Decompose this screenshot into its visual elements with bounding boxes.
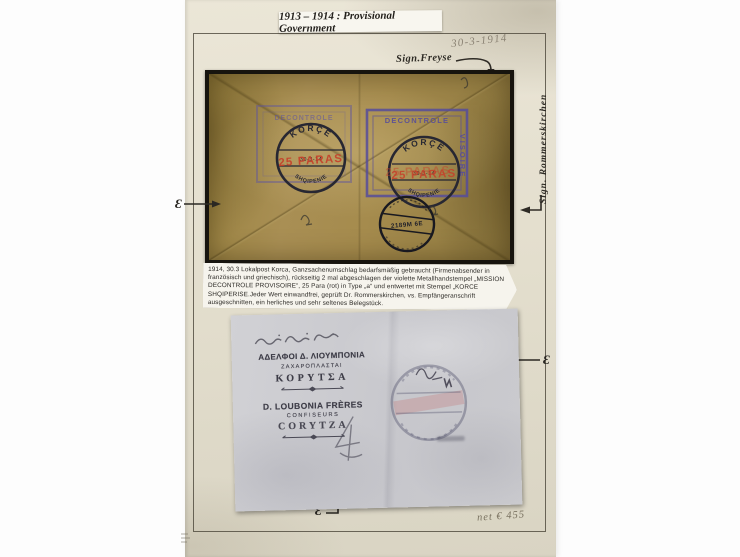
epsilon-mark: Ɛ: [175, 198, 182, 210]
epsilon-mark: Ɛ: [543, 354, 550, 366]
envelope-back: DECONTROLE KORÇË SHQIPENIE 30-3-14 25 PA…: [209, 74, 510, 260]
collector-mark-left: Ɛ: [175, 198, 223, 210]
sign-freyse-note: Sign.Freyse: [396, 52, 452, 65]
page-title-text: 1913 – 1914 : Provisional Government: [279, 9, 442, 35]
album-page-photo: 1913 – 1914 : Provisional Government 30-…: [0, 0, 740, 557]
cover-front-scan: ΑΔΕΛΦΟΙ Δ. ΛΙΟΥΜΠΟΝΙΑ ΖΑΧΑΡΟΠΛΑΣΤΑΙ ΚΟΡΥ…: [231, 309, 523, 512]
sender-greek-city: ΚΟΡΥΤΣΑ: [238, 371, 386, 386]
envelope-scan-mount: DECONTROLE KORÇË SHQIPENIE 30-3-14 25 PA…: [205, 70, 514, 264]
caption-label: 1914, 30.3 Lokalpost Korca, Ganzsachenum…: [203, 263, 517, 310]
sign-rommerskirchen-note: Sign. Rommerskirchen: [539, 56, 549, 204]
pen-mark: [325, 412, 376, 468]
page-title: 1913 – 1914 : Provisional Government: [279, 10, 442, 33]
ottoman-script-line: [249, 322, 350, 354]
page-footer-marks: [179, 531, 193, 551]
pen-mark: [416, 368, 442, 380]
arrow-right-icon: [183, 198, 223, 210]
faded-receiver-mark: [437, 436, 465, 442]
rommerskirchen-arrow-icon: [517, 194, 547, 220]
sender-greek-trade: ΖΑΧΑΡΟΠΛΑΣΤΑΙ: [238, 362, 386, 372]
ornament-divider: [277, 385, 347, 394]
envelope-pen-marks: [209, 74, 510, 260]
